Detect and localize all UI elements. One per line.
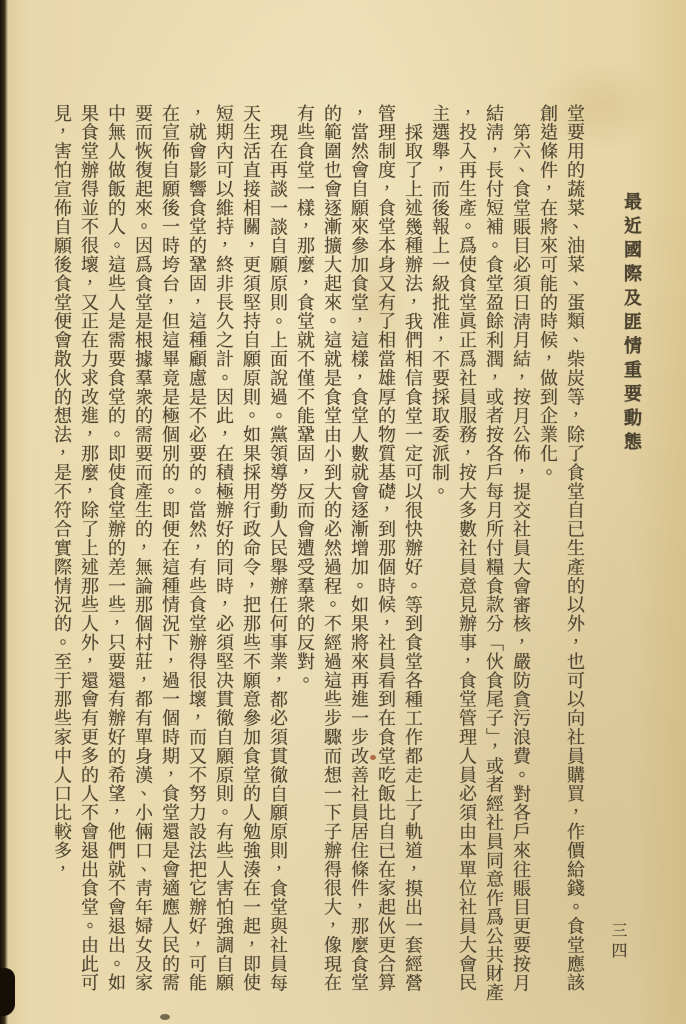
- scan-left-edge-shadow: [0, 0, 8, 1024]
- paper-speck: [160, 1014, 170, 1020]
- body-text-block: 堂要用的蔬菜、油菜、蛋類、柴炭等，除了食堂自已生產的以外，也可以向社員購買，作價…: [72, 104, 588, 1010]
- body-paragraph: 第六、食堂賬目必須日淸月結，按月公佈，提交社員大會審核，嚴防貪污浪費。對各戶來往…: [426, 104, 534, 1010]
- body-paragraph: 採取了上述幾種辦法，我們相信食堂一定可以很快辦好。等到食堂各種工作都走上了軌道，…: [291, 104, 426, 1010]
- body-paragraph: 堂要用的蔬菜、油菜、蛋類、柴炭等，除了食堂自已生產的以外，也可以向社員購買，作價…: [534, 104, 588, 1010]
- scan-corner-mark: [0, 968, 15, 1016]
- scanned-document-page: 最近國際及匪情重要動態 堂要用的蔬菜、油菜、蛋類、柴炭等，除了食堂自已生產的以外…: [0, 0, 686, 1024]
- paper-speck: [370, 755, 376, 760]
- page-number: 三四: [606, 922, 629, 962]
- body-paragraph: 現在再談一談自願原則。上面說過。黨領導勞動人民舉辦任何事業，都必須貫徹自願原則，…: [48, 104, 291, 1010]
- margin-running-title: 最近國際及匪情重要動態: [619, 192, 645, 456]
